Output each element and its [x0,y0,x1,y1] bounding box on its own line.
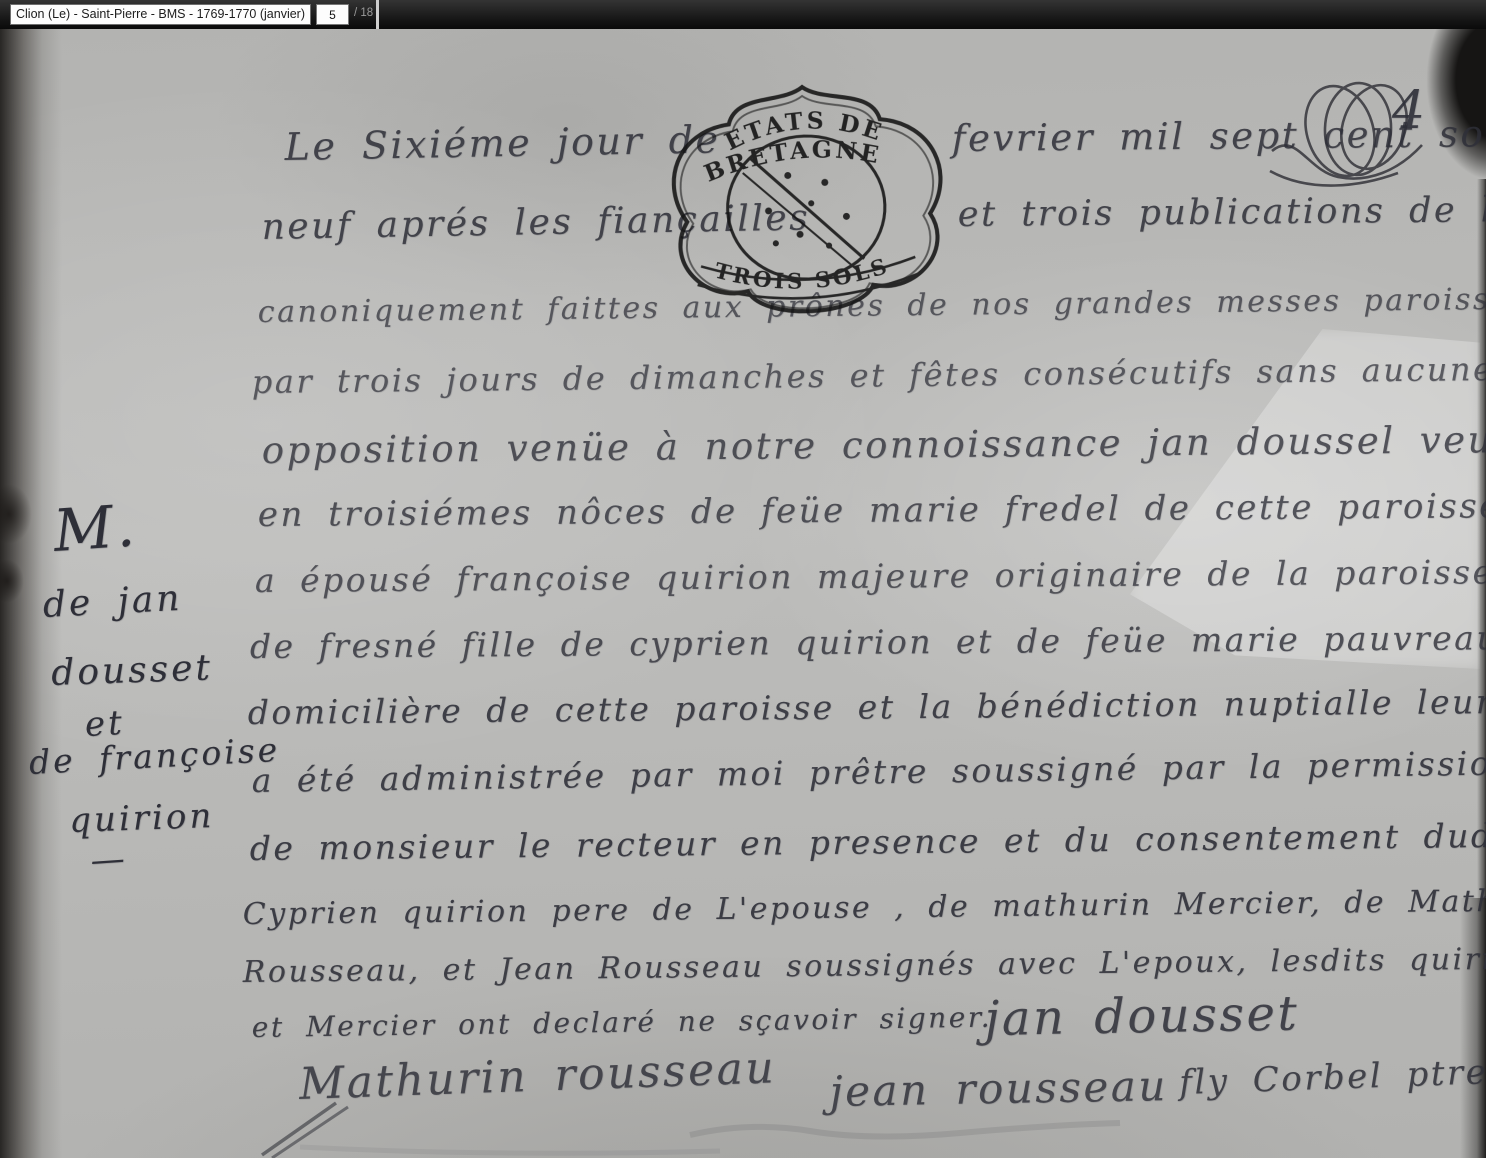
manuscript-line: et Mercier ont declaré ne sçavoir signer… [252,1001,993,1044]
signature-witness: jean rousseau [829,1061,1168,1116]
page-number-input[interactable] [316,4,349,25]
viewer-toolbar: Clion (Le) - Saint-Pierre - BMS - 1769-1… [0,0,1486,29]
brittany-tax-stamp: ETATS DE BRETAGNE TROIS SOLS [641,76,967,327]
margin-line: quirion [69,796,215,841]
manuscript-line: de monsieur le recteur en presence et du… [250,816,1486,868]
signature-priest: fly Corbel ptre [1179,1052,1486,1103]
archive-viewer: Clion (Le) - Saint-Pierre - BMS - 1769-1… [0,0,1486,1158]
page-total-label: / 18 [354,7,373,19]
margin-line: de jan [42,578,184,626]
page-corner-shadow [1460,898,1486,1158]
manuscript-line: domicilière de cette paroisse et la béné… [248,682,1486,732]
margin-rule: — [89,839,129,881]
scanned-register-page[interactable]: ETATS DE BRETAGNE TROIS SOLS 4 M. de jan… [0,29,1486,1158]
signature-witness: Mathurin rousseau [298,1042,777,1110]
manuscript-line: a été administrée par moi prêtre soussig… [251,743,1486,800]
manuscript-line: fevrier mil sept cent soixante [952,111,1486,160]
margin-line: M. [51,491,139,565]
toolbar-separator [376,0,379,29]
manuscript-line: et trois publications de bans [958,190,1486,235]
document-title: Clion (Le) - Saint-Pierre - BMS - 1769-1… [10,4,311,25]
margin-line: de françoise [28,730,281,782]
manuscript-line: Cyprien quirion pere de L'epouse , de ma… [243,883,1486,932]
margin-line: dousset [51,647,214,694]
manuscript-line: en troisiémes nôces de feüe marie fredel… [258,486,1486,535]
signature-groom: jan dousset [984,986,1300,1047]
manuscript-line: Rousseau, et Jean Rousseau soussignés av… [243,941,1486,990]
